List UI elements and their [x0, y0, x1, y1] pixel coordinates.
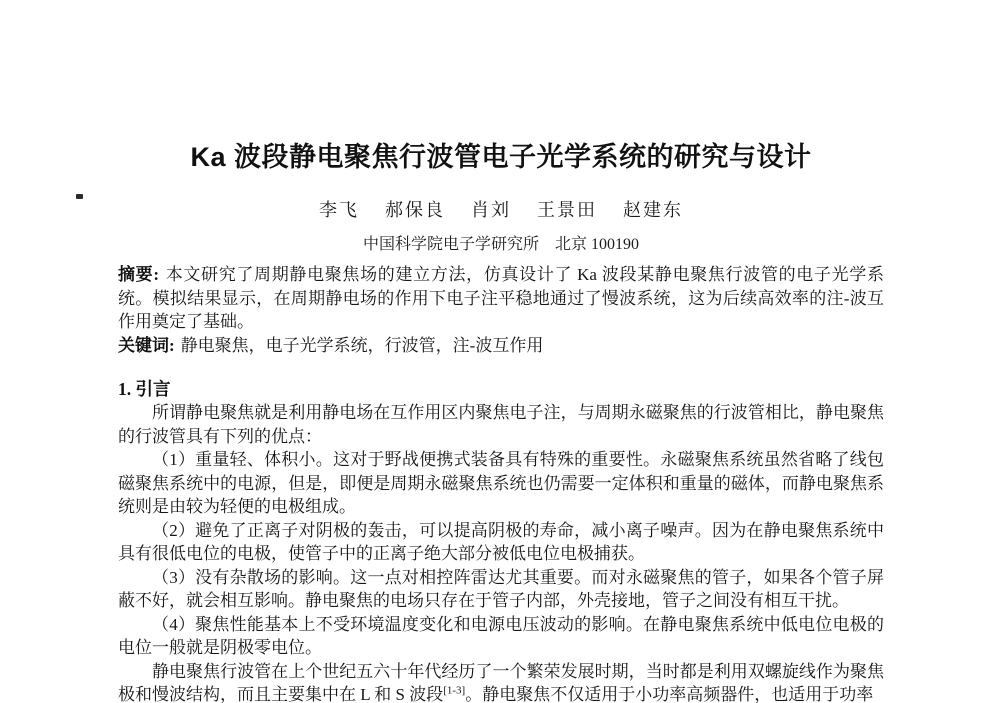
- abstract-text: 本文研究了周期静电聚焦场的建立方法，仿真设计了 Ka 波段某静电聚焦行波管的电子…: [118, 265, 884, 331]
- paragraph-point-1: （1）重量轻、体积小。这对于野战便携式装备具有特殊的重要性。永磁聚焦系统虽然省略…: [118, 448, 884, 519]
- paragraph-point-3: （3）没有杂散场的影响。这一点对相控阵雷达尤其重要。而对永磁聚焦的管子，如果各个…: [118, 566, 884, 613]
- keywords-label: 关键词:: [118, 336, 181, 355]
- author-name: 赵建东: [623, 198, 683, 222]
- history-text-after: 。静电聚焦不仅适用于小功率高频器件，也适用于功率: [465, 685, 873, 703]
- affiliation-line: 中国科学院电子学研究所 北京 100190: [118, 234, 884, 256]
- paragraph-point-2: （2）避免了正离子对阴极的轰击，可以提高阴极的寿命，减小离子噪声。因为在静电聚焦…: [118, 519, 884, 566]
- document-page: Ka 波段静电聚焦行波管电子光学系统的研究与设计 李飞郝保良肖刘王景田赵建东 中…: [0, 0, 1000, 703]
- author-name: 李飞: [319, 198, 359, 222]
- author-name: 肖刘: [471, 198, 511, 222]
- section-1-heading: 1. 引言: [118, 377, 884, 401]
- keywords-line: 关键词:静电聚焦，电子光学系统，行波管，注-波互作用: [118, 334, 884, 358]
- keywords-text: 静电聚焦，电子光学系统，行波管，注-波互作用: [181, 336, 544, 355]
- page-content: Ka 波段静电聚焦行波管电子光学系统的研究与设计 李飞郝保良肖刘王景田赵建东 中…: [118, 0, 884, 703]
- paragraph-history: 静电聚焦行波管在上个世纪五六十年代经历了一个繁荣发展时期，当时都是利用双螺旋线作…: [118, 660, 884, 703]
- scan-artifact-dot: [76, 194, 83, 199]
- authors-line: 李飞郝保良肖刘王景田赵建东: [118, 198, 884, 222]
- paragraph-intro: 所谓静电聚焦就是利用静电场在互作用区内聚焦电子注，与周期永磁聚焦的行波管相比，静…: [118, 401, 884, 448]
- paper-title: Ka 波段静电聚焦行波管电子光学系统的研究与设计: [118, 140, 884, 174]
- author-name: 王景田: [537, 198, 597, 222]
- citation-ref: [1-3]: [443, 684, 465, 696]
- abstract-paragraph: 摘要:本文研究了周期静电聚焦场的建立方法，仿真设计了 Ka 波段某静电聚焦行波管…: [118, 263, 884, 334]
- author-name: 郝保良: [385, 198, 445, 222]
- paragraph-point-4: （4）聚焦性能基本上不受环境温度变化和电源电压波动的影响。在静电聚焦系统中低电位…: [118, 613, 884, 660]
- abstract-label: 摘要:: [118, 265, 165, 284]
